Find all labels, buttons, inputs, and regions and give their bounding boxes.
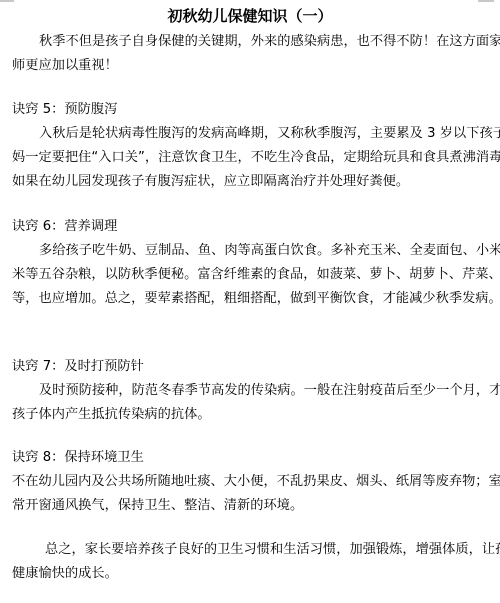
section-line: 入秋后是轮状病毒性腹泻的发病高峰期，又称秋季腹泻，主要累及 3 岁以下孩子。妈 [12, 122, 492, 146]
section-line: 等，也应增加。总之，要荤素搭配，粗细搭配，做到平衡饮食，才能减少秋季发病。 [12, 287, 492, 311]
summary-line: 健康愉快的成长。 [12, 562, 492, 586]
section-line: 妈一定要把住“入口关”，注意饮食卫生，不吃生冷食品，定期给玩具和食具煮沸消毒。 [12, 146, 492, 170]
section-line: 如果在幼儿园发现孩子有腹泻症状，应立即隔离治疗并处理好粪便。 [12, 170, 492, 194]
section-heading: 诀窍 8：保持环境卫生 [12, 446, 492, 470]
section-line: 不在幼儿园内及公共场所随地吐痰、大小便，不乱扔果皮、烟头、纸屑等废弃物；室内经 [12, 470, 492, 494]
section-line: 多给孩子吃牛奶、豆制品、鱼、肉等高蛋白饮食。多补充玉米、全麦面包、小米、黑 [12, 239, 492, 263]
document-title: 初秋幼儿保健知识（一） [0, 4, 500, 28]
section-heading: 诀窍 6：营养调理 [12, 215, 492, 239]
page-corner-mark-right [478, 0, 494, 2]
page-corner-mark-left [0, 0, 14, 2]
section-heading: 诀窍 5：预防腹泻 [12, 98, 492, 122]
section-line: 常开窗通风换气，保持卫生、整洁、清新的环境。 [12, 494, 492, 518]
intro-line: 师更应加以重视！ [12, 54, 492, 78]
section-line: 及时预防接种，防范冬春季节高发的传染病。一般在注射疫苗后至少一个月，才能在 [12, 379, 492, 403]
section-line: 孩子体内产生抵抗传染病的抗体。 [12, 403, 492, 427]
summary-line: 总之，家长要培养孩子良好的卫生习惯和生活习惯，加强锻炼，增强体质，让孩子能 [12, 538, 492, 562]
section-heading: 诀窍 7：及时打预防针 [12, 355, 492, 379]
intro-line: 秋季不但是孩子自身保健的关键期，外来的感染病患，也不得不防！在这方面家长老 [12, 30, 492, 54]
section-line: 米等五谷杂粮，以防秋季便秘。富含纤维素的食品，如菠菜、萝卜、胡萝卜、芹菜、花菜 [12, 263, 492, 287]
